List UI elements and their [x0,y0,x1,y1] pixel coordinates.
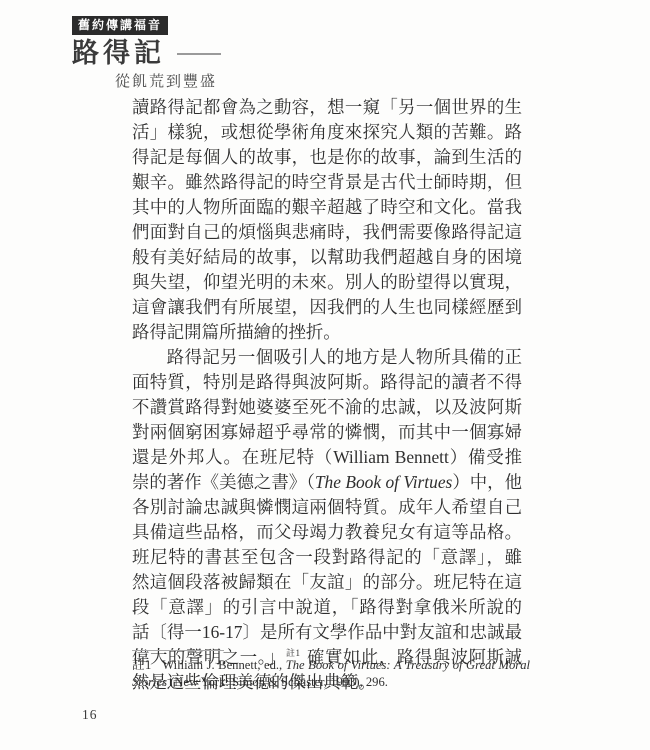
series-badge: 舊約傳講福音 [72,16,168,35]
text-run: 讀路得記都會為之動容，想一窺「另一個世界的生活」樣貌，或想從學術角度來探究人類的… [132,97,522,342]
body-paragraph: 讀路得記都會為之動容，想一窺「另一個世界的生活」樣貌，或想從學術角度來探究人類的… [132,95,522,345]
text-run: ）中，他各別討論忠誠與憐憫這兩個特質。成年人希望自己具備這些品格，而父母竭力教養… [132,472,522,667]
page-header: 舊約傳講福音 路得記 從飢荒到豐盛 [72,16,221,91]
book-title: 路得記 [72,39,165,69]
text-run: (New York: Simon & Schuster, 1993), 296. [167,675,388,689]
italic-text-run: The Book of Virtues [315,472,452,492]
book-subtitle: 從飢荒到豐盛 [115,70,221,91]
text-run: William J. Bennett, ed., [162,658,285,672]
book-page: 舊約傳講福音 路得記 從飢荒到豐盛 讀路得記都會為之動容，想一窺「另一個世界的生… [0,0,650,750]
title-dash [177,53,221,55]
page-number: 16 [82,707,98,723]
footnote-divider [132,650,224,651]
footnote-marker: 註1 [132,658,151,672]
footnote-block: 註1William J. Bennett, ed., The Book of V… [132,650,530,691]
body-text: 讀路得記都會為之動容，想一窺「另一個世界的生活」樣貌，或想從學術角度來探究人類的… [132,95,522,695]
footnote-text: 註1William J. Bennett, ed., The Book of V… [132,657,530,691]
text-run: 路得記另一個吸引人的地方是人物所具備的正面特質，特別是路得與波阿斯。路得記的讀者… [132,347,522,492]
body-paragraph: 路得記另一個吸引人的地方是人物所具備的正面特質，特別是路得與波阿斯。路得記的讀者… [132,345,522,695]
footnote-body: William J. Bennett, ed., The Book of Vir… [132,658,530,689]
title-row: 路得記 [72,39,221,69]
